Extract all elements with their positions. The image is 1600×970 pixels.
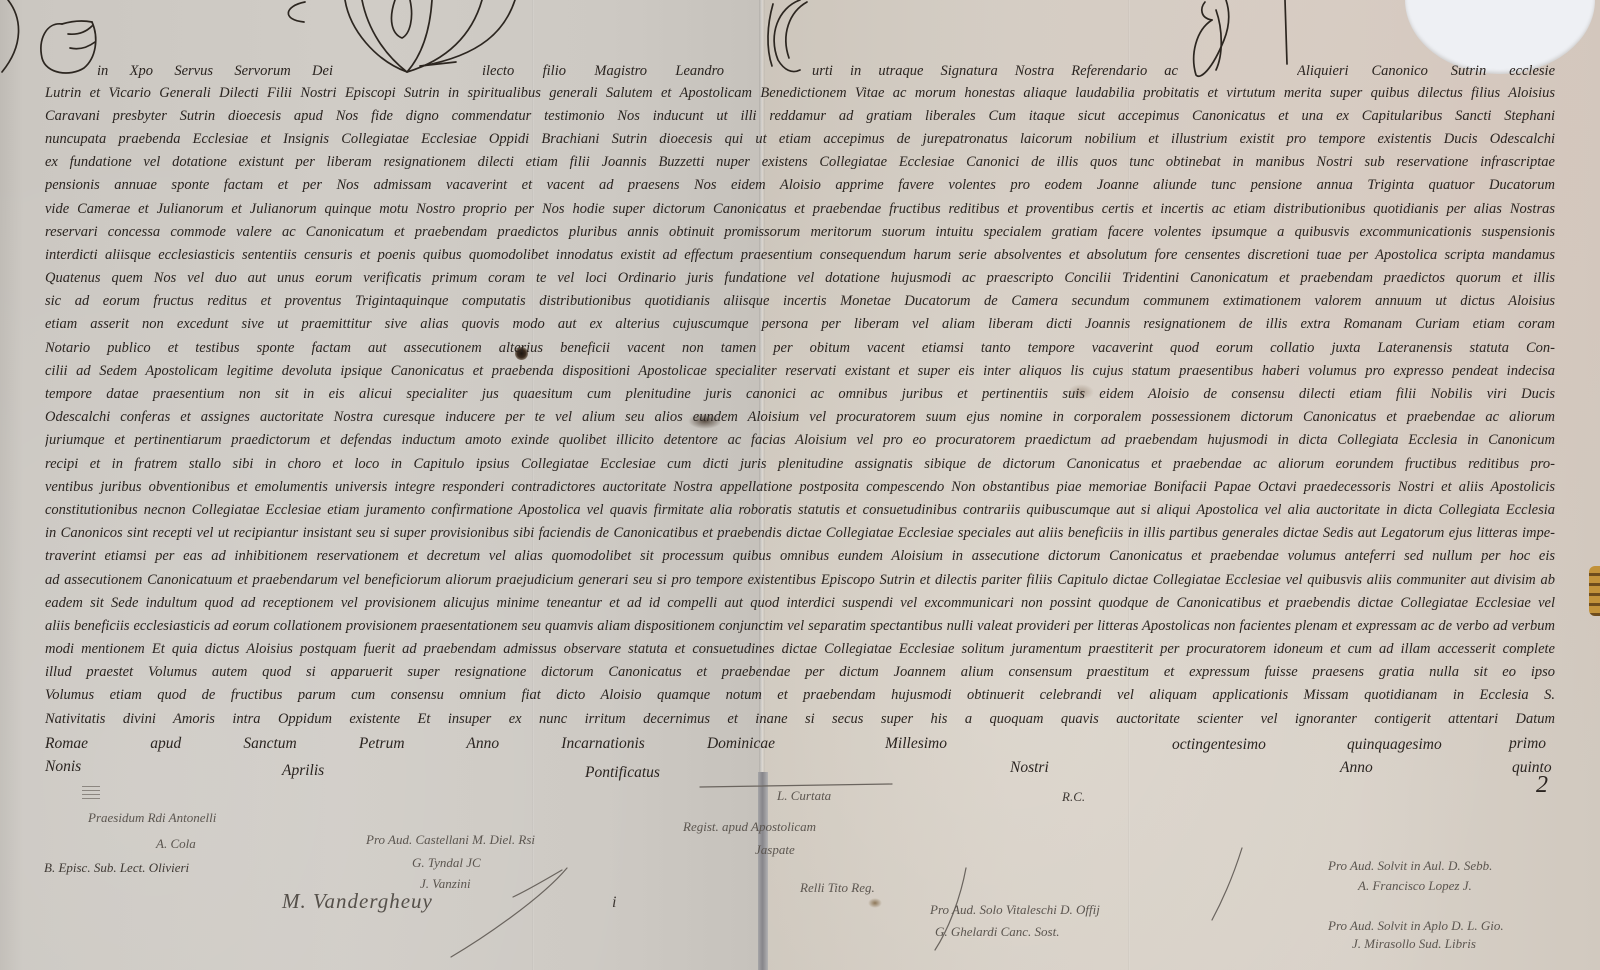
wax-stain <box>868 898 882 908</box>
dating-year-word: quinquagesimo <box>1347 734 1442 756</box>
annotation: Jaspate <box>755 842 795 858</box>
dating-pontificate: Pontificatus <box>585 762 660 784</box>
text-line: ex fundatione vel dotatione existunt per… <box>45 151 1555 174</box>
manuscript-photo: in Xpo Servus Servorum Dei ilecto filio … <box>0 0 1600 970</box>
annotation: Pro Aud. Solvit in Aul. D. Sebb. <box>1328 858 1492 874</box>
annotation: Pro Aud. Solo Vitaleschi D. Offij <box>930 902 1100 918</box>
dating-year-word: primo <box>1509 733 1546 755</box>
text-line: interdicti aliisque ecclesiasticis sente… <box>45 244 1555 267</box>
text-line: ventibus juribus obventionibus et emolum… <box>45 476 1555 499</box>
dating-word: Anno <box>1340 757 1373 779</box>
document-body: Lutrin et Vicario Generali Dilecti Filii… <box>45 82 1555 731</box>
text-line: vide Camerae et Julianorum et Julianorum… <box>45 198 1555 221</box>
text-line: reservari concessa commode valere ac Can… <box>45 221 1555 244</box>
text-line: in Canonicos sint recepti vel ut recipia… <box>45 522 1555 545</box>
text-line: sic ad eorum fructus reditus et proventu… <box>45 290 1555 313</box>
text-line: Odescalchi conferas et assignes auctorit… <box>45 406 1555 429</box>
header-addressee: urti in utraque Signatura Nostra Referen… <box>812 60 1178 82</box>
text-line: nuncupata praebenda Ecclesiae et Insigni… <box>45 128 1555 151</box>
photo-seam <box>758 772 768 970</box>
header-address: ilecto filio Magistro Leandro <box>482 60 724 82</box>
annotation: A. Cola <box>156 836 196 852</box>
header-addressee-cont: Aliquieri Canonico Sutrin ecclesie <box>1297 60 1555 82</box>
text-line: Volumus etiam quod de fructibus parum cu… <box>45 684 1555 707</box>
text-line: pensionis annuae sponte factam et per No… <box>45 174 1555 197</box>
annotation: L. Curtata <box>777 788 831 804</box>
text-line: illud praestet Volumus autem quod si app… <box>45 661 1555 684</box>
ruled-mark-icon <box>82 786 100 800</box>
text-line: eadem sit Sede indultum quod ad receptio… <box>45 592 1555 615</box>
annotation: Praesidum Rdi Antonelli <box>88 810 216 826</box>
text-line: tempore datae praesentium non sit in eis… <box>45 383 1555 406</box>
dating-year-word: Millesimo <box>885 733 947 755</box>
closing-paraph-icon: 2 <box>1536 772 1548 799</box>
text-line: Notario publico et testibus sponte facta… <box>45 337 1555 360</box>
annotation: G. Tyndal JC <box>412 855 481 871</box>
text-line: traverint etiamsi per eas ad inhibitione… <box>45 545 1555 568</box>
dating-word: Nostri <box>1010 757 1049 779</box>
text-line: etiam asserit non excedunt sive ut praem… <box>45 313 1555 336</box>
seal-cord-remnant <box>1589 566 1600 616</box>
annotation: Pro Aud. Solvit in Aplo D. L. Gio. <box>1328 918 1504 934</box>
text-line: aliis beneficiis ecclesiasticis ad eorum… <box>45 615 1555 638</box>
annotation: R.C. <box>1062 789 1085 805</box>
signature-scrawl: M. Vandergheuy <box>282 893 433 909</box>
annotation: B. Episc. Sub. Lect. Olivieri <box>44 860 189 876</box>
header-intitulatio: in Xpo Servus Servorum Dei <box>97 60 333 82</box>
text-line: cilii ad Sedem Apostolicam legitime devo… <box>45 360 1555 383</box>
annotation: Regist. apud Apostolicam <box>683 819 816 835</box>
text-line: modi mentionem Et quia dictus Aloisius p… <box>45 638 1555 661</box>
text-line: recipi et in fratrem stallo sibi in chor… <box>45 453 1555 476</box>
annotation: Relli Tito Reg. <box>800 880 875 896</box>
annotation: A. Francisco Lopez J. <box>1358 878 1472 894</box>
check-mark-icon: i <box>612 895 616 911</box>
text-line: Lutrin et Vicario Generali Dilecti Filii… <box>45 82 1555 105</box>
dating-year-word: octingentesimo <box>1172 734 1266 756</box>
dating-day: Nonis <box>45 756 81 778</box>
text-line: ad assecutionem Canonicatuum et praebend… <box>45 569 1555 592</box>
text-line: Nativitatis divini Amoris intra Oppidum … <box>45 708 1555 731</box>
text-line: Caravani presbyter Sutrin dioecesis apud… <box>45 105 1555 128</box>
dating-month: Aprilis <box>282 760 324 782</box>
text-line: juriumque et pertinentiarum praedictorum… <box>45 429 1555 452</box>
annotation: J. Mirasollo Sud. Libris <box>1352 936 1476 952</box>
annotation: Pro Aud. Castellani M. Diel. Rsi <box>366 832 535 848</box>
annotation: G. Ghelardi Canc. Sost. <box>935 924 1059 940</box>
dating-place: Romae apud Sanctum Petrum Anno Incarnati… <box>45 733 775 755</box>
text-line: Quatenus quem Nos vel duo aut unus eorum… <box>45 267 1555 290</box>
text-line: constitutionibus necnon Collegiatae Eccl… <box>45 499 1555 522</box>
